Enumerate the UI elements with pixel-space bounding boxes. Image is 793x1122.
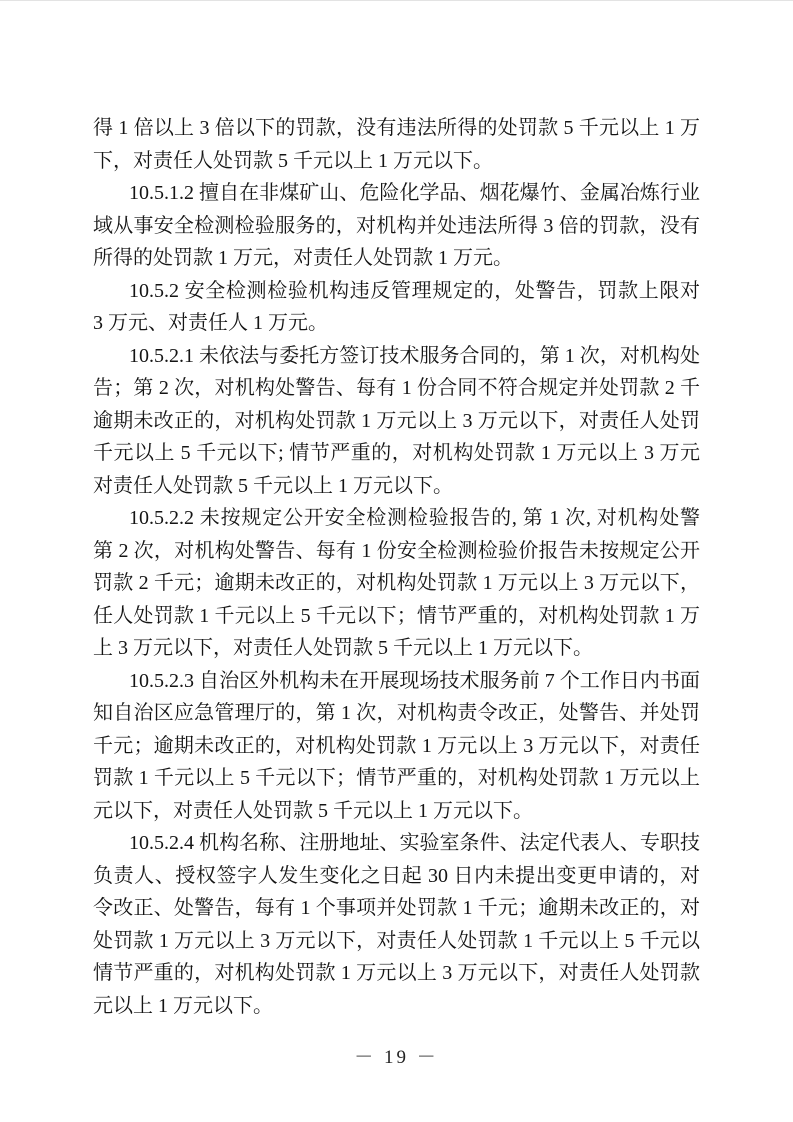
text-line: 得 1 倍以上 3 倍以下的罚款，没有违法所得的处罚款 5 千元以上 1 万元以 xyxy=(93,112,700,145)
text-line: 所得的处罚款 1 万元，对责任人处罚款 1 万元。 xyxy=(93,242,700,275)
text-line: 第 2 次，对机构处警告、每有 1 份安全检测检验价报告未按规定公开并处 xyxy=(93,535,700,568)
text-line: 处罚款 1 万元以上 3 万元以下，对责任人处罚款 1 千元以上 5 千元以下; xyxy=(93,925,700,958)
paragraph-10-5-2: 10.5.2 安全检测检验机构违反管理规定的，处警告，罚款上限对机构 3 万元、… xyxy=(93,275,700,340)
text-line: 元以下，对责任人处罚款 5 千元以上 1 万元以下。 xyxy=(93,795,700,828)
paragraph-10-5-2-3: 10.5.2.3 自治区外机构未在开展现场技术服务前 7 个工作日内书面告 知自… xyxy=(93,665,700,828)
text-line: 3 万元、对责任人 1 万元。 xyxy=(93,307,700,340)
text-line: 10.5.1.2 擅自在非煤矿山、危险化学品、烟花爆竹、金属冶炼行业领 xyxy=(93,177,700,210)
text-line: 罚款 2 千元；逾期未改正的，对机构处罚款 1 万元以上 3 万元以下，对责 xyxy=(93,567,700,600)
text-line: 元以上 1 万元以下。 xyxy=(93,990,700,1023)
text-line: 域从事安全检测检验服务的，对机构并处违法所得 3 倍的罚款，没有违法 xyxy=(93,210,700,243)
text-line: 10.5.2.3 自治区外机构未在开展现场技术服务前 7 个工作日内书面告 xyxy=(93,665,700,698)
paragraph-10-5-2-1: 10.5.2.1 未依法与委托方签订技术服务合同的，第 1 次，对机构处警 告；… xyxy=(93,340,700,503)
paragraph-10-5-1-2: 10.5.1.2 擅自在非煤矿山、危险化学品、烟花爆竹、金属冶炼行业领 域从事安… xyxy=(93,177,700,275)
text-line: 对责任人处罚款 5 千元以上 1 万元以下。 xyxy=(93,470,700,503)
text-line: 情节严重的，对机构处罚款 1 万元以上 3 万元以下，对责任人处罚款 5 千 xyxy=(93,957,700,990)
paragraph-continuation: 得 1 倍以上 3 倍以下的罚款，没有违法所得的处罚款 5 千元以上 1 万元以… xyxy=(93,112,700,177)
page-number: － 19 － xyxy=(0,1042,793,1069)
text-line: 任人处罚款 1 千元以上 5 千元以下；情节严重的，对机构处罚款 1 万元以 xyxy=(93,600,700,633)
text-line: 千元；逾期未改正的，对机构处罚款 1 万元以上 3 万元以下，对责任人处 xyxy=(93,730,700,763)
text-line: 下，对责任人处罚款 5 千元以上 1 万元以下。 xyxy=(93,145,700,178)
text-line: 千元以上 5 千元以下; 情节严重的，对机构处罚款 1 万元以上 3 万元以下， xyxy=(93,437,700,470)
paragraph-10-5-2-4: 10.5.2.4 机构名称、注册地址、实验室条件、法定代表人、专职技术 负责人、… xyxy=(93,827,700,1022)
text-line: 告；第 2 次，对机构处警告、每有 1 份合同不符合规定并处罚款 2 千元; xyxy=(93,372,700,405)
text-line: 令改正、处警告，每有 1 个事项并处罚款 1 千元；逾期未改正的，对机构 xyxy=(93,892,700,925)
text-line: 10.5.2.4 机构名称、注册地址、实验室条件、法定代表人、专职技术 xyxy=(93,827,700,860)
text-line: 逾期未改正的，对机构处罚款 1 万元以上 3 万元以下，对责任人处罚款 1 xyxy=(93,405,700,438)
text-line: 10.5.2 安全检测检验机构违反管理规定的，处警告，罚款上限对机构 xyxy=(93,275,700,308)
text-line: 负责人、授权签字人发生变化之日起 30 日内未提出变更申请的，对机构责 xyxy=(93,860,700,893)
text-body: 得 1 倍以上 3 倍以下的罚款，没有违法所得的处罚款 5 千元以上 1 万元以… xyxy=(93,112,700,1022)
text-line: 上 3 万元以下，对责任人处罚款 5 千元以上 1 万元以下。 xyxy=(93,632,700,665)
text-line: 10.5.2.1 未依法与委托方签订技术服务合同的，第 1 次，对机构处警 xyxy=(93,340,700,373)
text-line: 罚款 1 千元以上 5 千元以下；情节严重的，对机构处罚款 1 万元以上 3 万 xyxy=(93,762,700,795)
paragraph-10-5-2-2: 10.5.2.2 未按规定公开安全检测检验报告的, 第 1 次, 对机构处警告;… xyxy=(93,502,700,665)
text-line: 10.5.2.2 未按规定公开安全检测检验报告的, 第 1 次, 对机构处警告; xyxy=(93,502,700,535)
document-page: 得 1 倍以上 3 倍以下的罚款，没有违法所得的处罚款 5 千元以上 1 万元以… xyxy=(0,0,793,1122)
text-line: 知自治区应急管理厅的，第 1 次，对机构责令改正，处警告、并处罚款 5 xyxy=(93,697,700,730)
